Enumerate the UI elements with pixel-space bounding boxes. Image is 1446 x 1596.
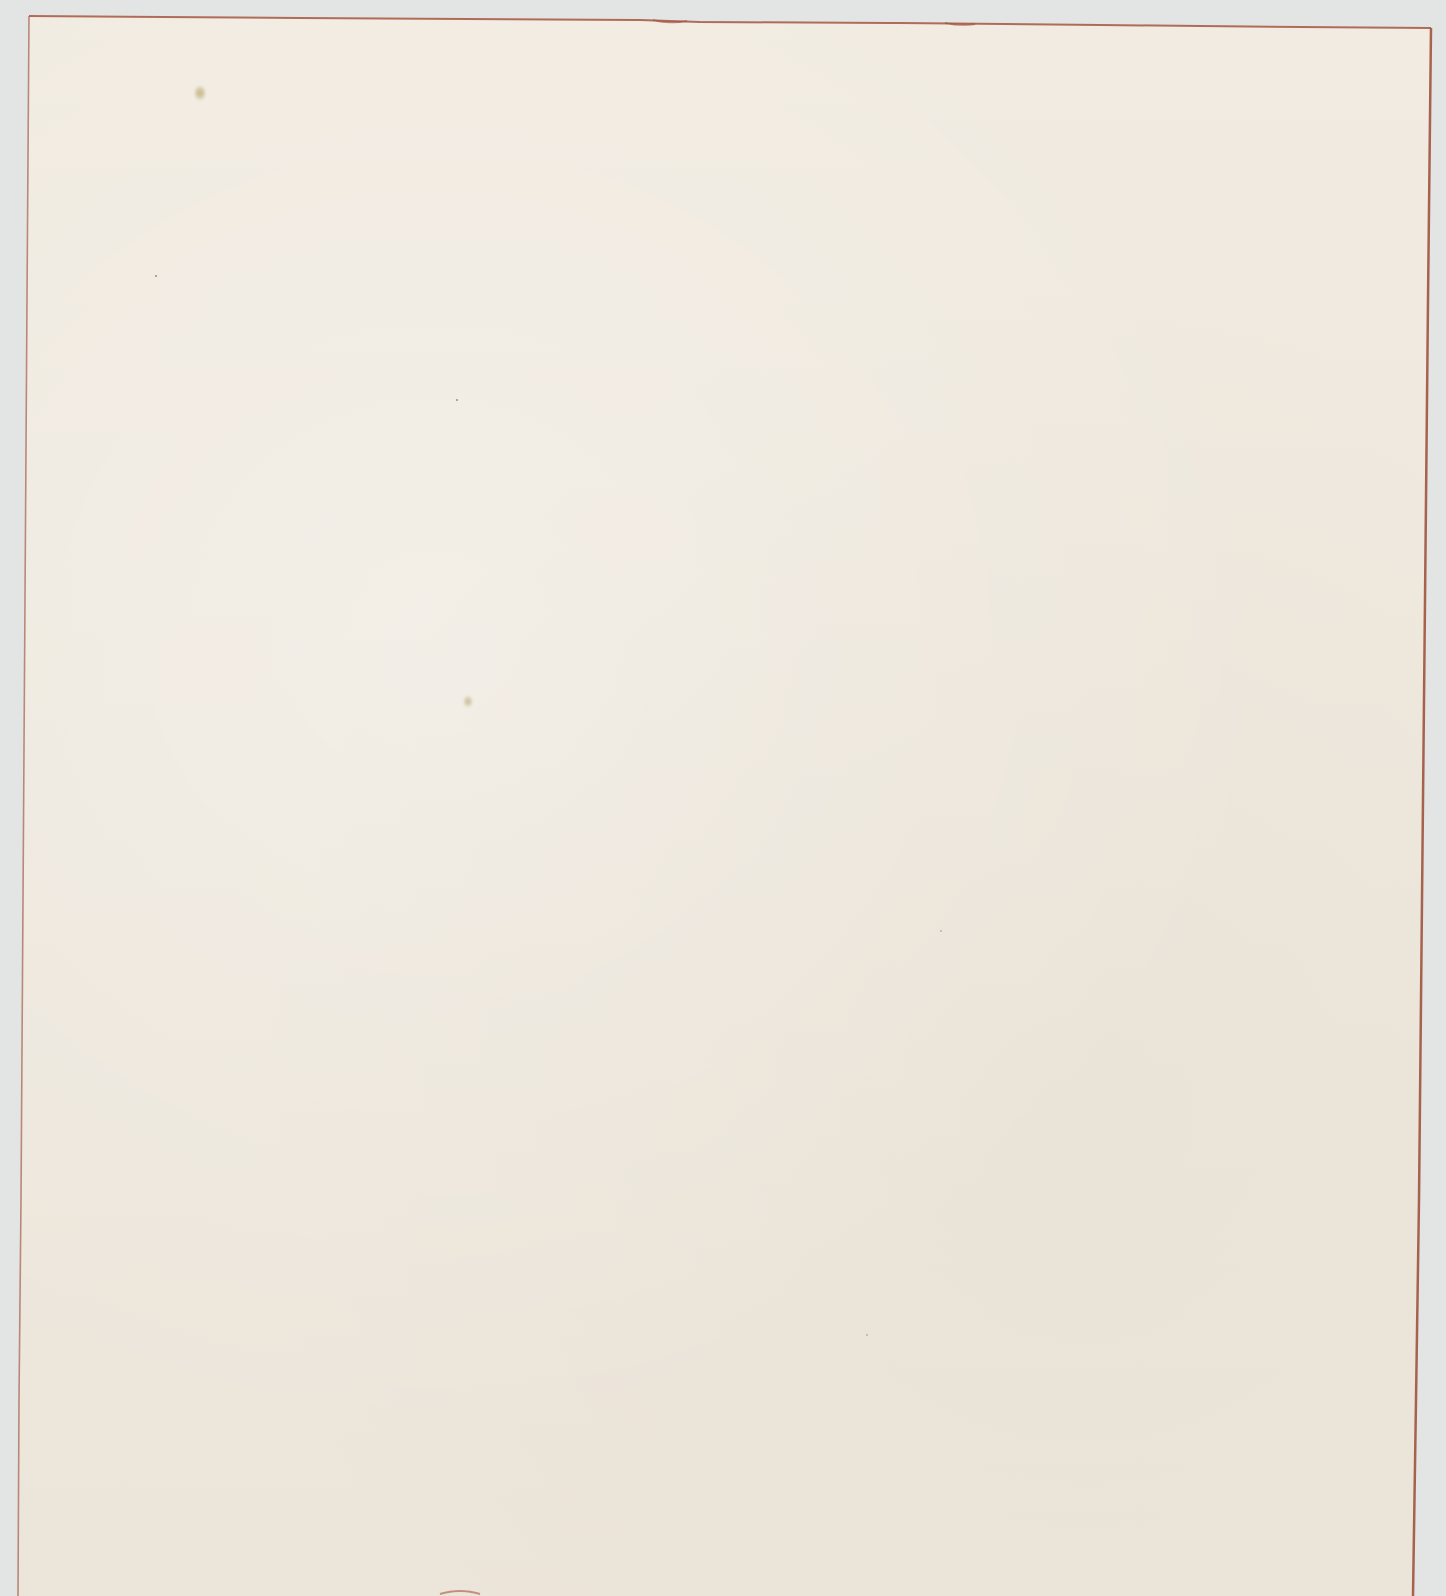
speck-mark [940,930,942,932]
speck-mark [155,275,157,277]
speck-mark [866,1334,868,1336]
speck-mark [456,399,458,401]
stain-mark [464,696,472,707]
stain-mark [195,86,205,100]
paper-sheet [0,0,1446,1596]
